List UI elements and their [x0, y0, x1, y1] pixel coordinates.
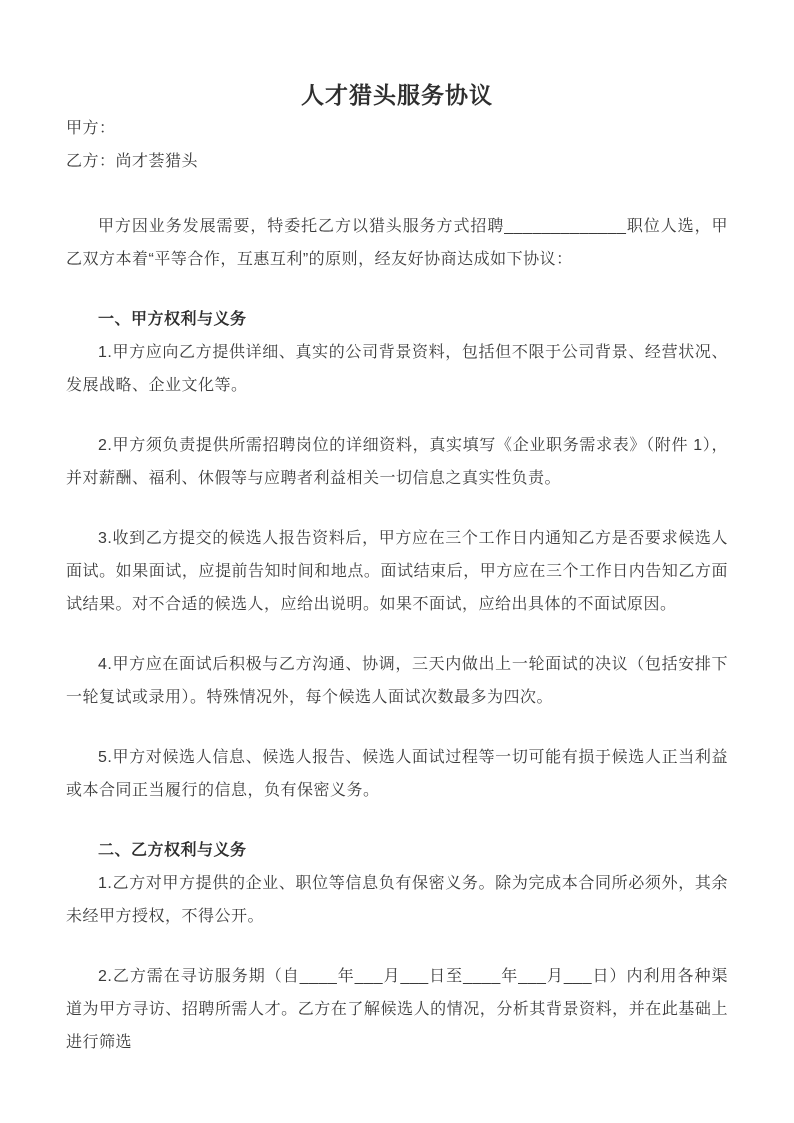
- section-1-clause-1: 1.甲方应向乙方提供详细、真实的公司背景资料，包括但不限于公司背景、经营状况、发…: [66, 336, 728, 402]
- party-b-line: 乙方：尚才荟猎头: [66, 145, 728, 178]
- section-1-clause-2: 2.甲方须负责提供所需招聘岗位的详细资料，真实填写《企业职务需求表》（附件 1）…: [66, 429, 728, 495]
- section-1-clause-3: 3.收到乙方提交的候选人报告资料后，甲方应在三个工作日内通知乙方是否要求候选人面…: [66, 522, 728, 621]
- section-1-clause-4: 4.甲方应在面试后积极与乙方沟通、协调，三天内做出上一轮面试的决议（包括安排下一…: [66, 648, 728, 714]
- document-title: 人才猎头服务协议: [66, 78, 728, 112]
- section-2-clause-2: 2.乙方需在寻访服务期（自____年___月___日至____年___月___日…: [66, 960, 728, 1059]
- section-1-clause-5: 5.甲方对候选人信息、候选人报告、候选人面试过程等一切可能有损于候选人正当利益或…: [66, 741, 728, 807]
- section-2-heading: 二、乙方权利与义务: [66, 834, 728, 867]
- section-2-clause-1: 1.乙方对甲方提供的企业、职位等信息负有保密义务。除为完成本合同所必须外，其余未…: [66, 867, 728, 933]
- section-1-heading: 一、甲方权利与义务: [66, 303, 728, 336]
- intro-paragraph: 甲方因业务发展需要，特委托乙方以猎头服务方式招聘_____________职位人…: [66, 210, 728, 276]
- party-a-line: 甲方：: [66, 112, 728, 145]
- document-page: 人才猎头服务协议 甲方： 乙方：尚才荟猎头 甲方因业务发展需要，特委托乙方以猎头…: [0, 0, 794, 1123]
